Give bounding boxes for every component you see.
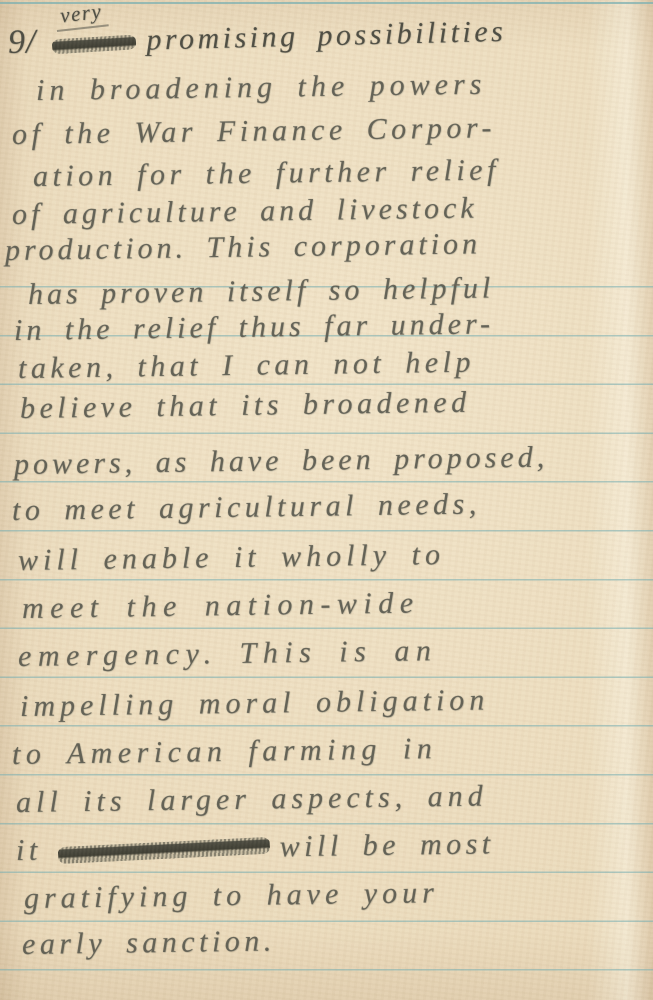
manuscript-line: meet the nation-wide (22, 586, 420, 626)
struck-out-word (52, 34, 137, 54)
manuscript-line: production. This corporation (5, 227, 482, 268)
manuscript-line: taken, that I can not help (18, 346, 475, 386)
manuscript-line: believe that its broadened (20, 386, 471, 426)
line-text: of agriculture and livestock (12, 192, 478, 231)
page-number: 9/ (8, 23, 37, 61)
manuscript-line: will enable it wholly to (18, 538, 445, 578)
line-text: all its larger aspects, and (16, 779, 488, 819)
manuscript-line: impelling moral obligation (20, 683, 490, 724)
manuscript-line: ation for the further relief (33, 153, 500, 194)
struck-word-wrap: very (52, 24, 137, 60)
manuscript-line: 9/verypromising possibilities (8, 12, 507, 62)
inserted-word: very (54, 0, 109, 32)
struck-out-words (57, 837, 270, 864)
line-prefix: it (16, 834, 42, 867)
line-text: powers, as have been proposed, (14, 441, 549, 481)
line-text: in broadening the powers (36, 68, 487, 107)
line-text: gratifying to have your (24, 876, 439, 915)
manuscript-line: all its larger aspects, and (16, 779, 488, 820)
manuscript-line: in broadening the powers (36, 68, 487, 108)
manuscript-line: in the relief thus far under- (14, 307, 495, 348)
line-text: promising possibilities (146, 15, 507, 57)
line-text: will enable it wholly to (18, 538, 445, 577)
line-text: meet the nation-wide (22, 586, 420, 625)
line-text: of the War Finance Corpor- (12, 111, 496, 151)
line-text: early sanction. (22, 924, 276, 961)
struck-word-wrap (57, 830, 269, 867)
manuscript-line: has proven itself so helpful (28, 271, 495, 312)
manuscript-page: 9/verypromising possibilities in broaden… (0, 0, 653, 1000)
line-text: believe that its broadened (20, 386, 471, 425)
manuscript-line: to American farming in (12, 732, 438, 772)
line-text: impelling moral obligation (20, 683, 490, 723)
line-text: to American farming in (12, 732, 438, 771)
manuscript-line: to meet agricultural needs, (12, 487, 481, 528)
line-text: ation for the further relief (33, 153, 500, 193)
line-text: production. This corporation (5, 227, 481, 267)
line-text: to meet agricultural needs, (12, 487, 481, 527)
line-text: has proven itself so helpful (28, 271, 495, 311)
line-text: taken, that I can not help (18, 346, 475, 385)
line-text: will be most (279, 827, 494, 863)
line-text: emergency. This is an (18, 634, 438, 673)
manuscript-line: emergency. This is an (18, 634, 438, 674)
manuscript-line: early sanction. (22, 924, 276, 962)
manuscript-line: gratifying to have your (24, 876, 439, 916)
manuscript-line: of agriculture and livestock (12, 192, 478, 232)
manuscript-line: itwill be most (16, 827, 495, 868)
manuscript-line: of the War Finance Corpor- (12, 111, 496, 152)
line-text: in the relief thus far under- (14, 307, 495, 347)
